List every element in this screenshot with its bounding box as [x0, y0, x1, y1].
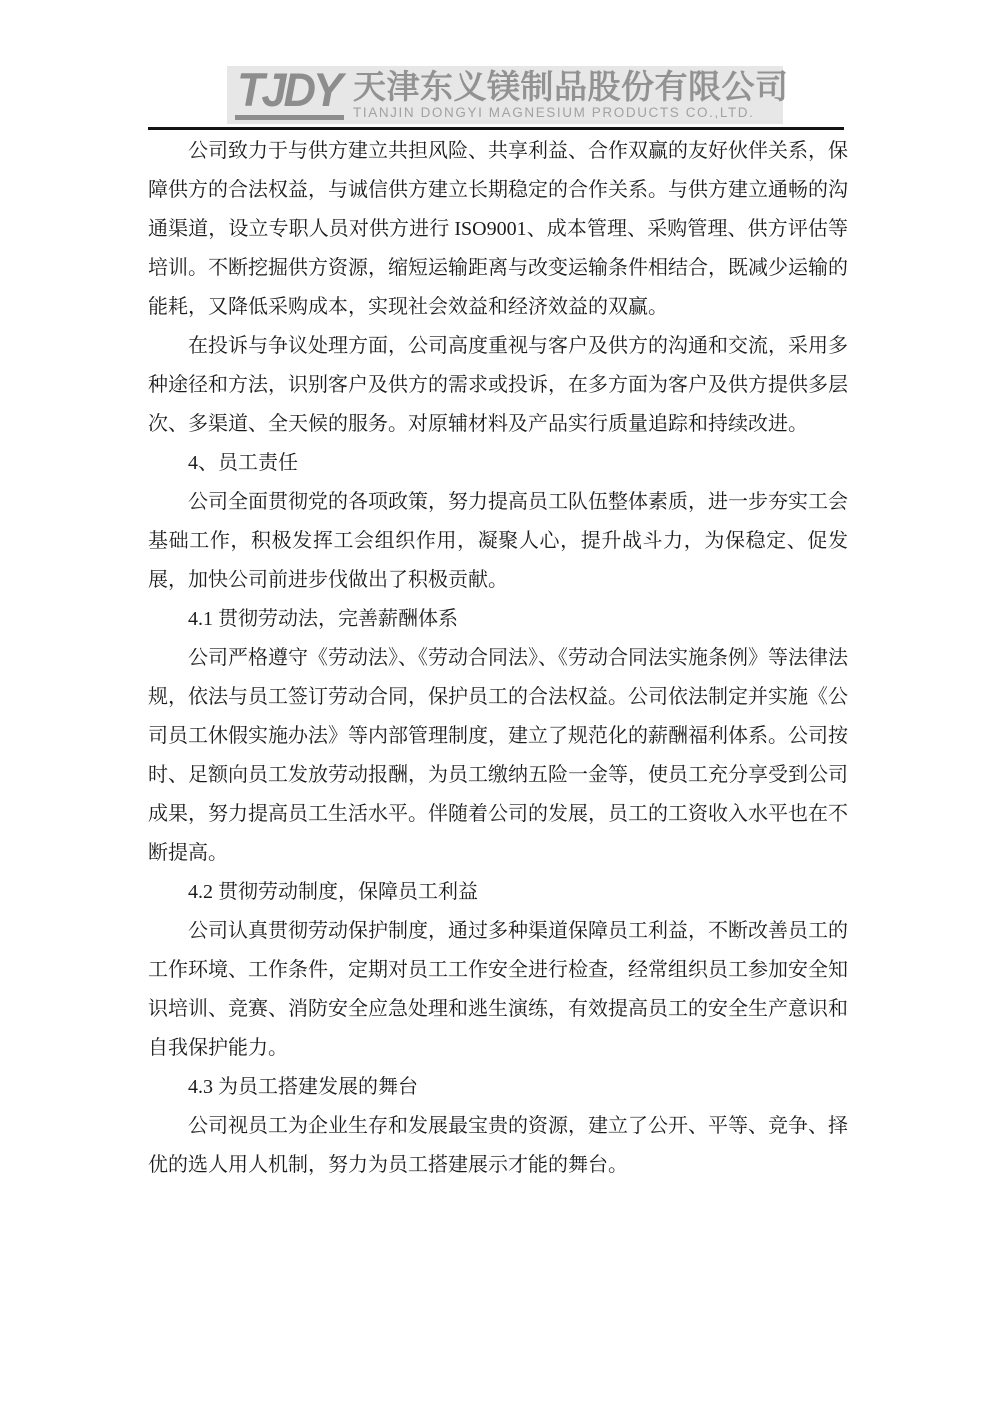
paragraph: 公司视员工为企业生存和发展最宝贵的资源，建立了公开、平等、竞争、择优的选人用人机…	[148, 1107, 848, 1185]
paragraph: 公司认真贯彻劳动保护制度，通过多种渠道保障员工利益，不断改善员工的工作环境、工作…	[148, 912, 848, 1068]
tjdy-logo-icon: TJDY	[235, 70, 344, 120]
company-name-en: TIANJIN DONGYI MAGNESIUM PRODUCTS CO.,LT…	[353, 105, 783, 121]
header-divider	[148, 127, 844, 130]
company-name-block: 天津东义镁制品股份有限公司 TIANJIN DONGYI MAGNESIUM P…	[353, 69, 783, 121]
company-logo: TJDY 天津东义镁制品股份有限公司 TIANJIN DONGYI MAGNES…	[227, 66, 783, 124]
paragraph: 4、员工责任	[148, 444, 848, 483]
paragraph: 4.2 贯彻劳动制度，保障员工利益	[148, 873, 848, 912]
paragraph: 公司全面贯彻党的各项政策，努力提高员工队伍整体素质，进一步夯实工会基础工作，积极…	[148, 483, 848, 600]
document-page: TJDY 天津东义镁制品股份有限公司 TIANJIN DONGYI MAGNES…	[0, 0, 993, 1404]
paragraph: 公司严格遵守《劳动法》、《劳动合同法》、《劳动合同法实施条例》等法律法规，依法与…	[148, 639, 848, 873]
logo-mark-text: TJDY	[237, 69, 340, 111]
company-name-zh: 天津东义镁制品股份有限公司	[353, 69, 783, 105]
paragraph: 4.1 贯彻劳动法，完善薪酬体系	[148, 600, 848, 639]
paragraph: 在投诉与争议处理方面，公司高度重视与客户及供方的沟通和交流，采用多种途径和方法，…	[148, 327, 848, 444]
paragraph: 公司致力于与供方建立共担风险、共享利益、合作双赢的友好伙伴关系，保障供方的合法权…	[148, 132, 848, 327]
paragraph: 4.3 为员工搭建发展的舞台	[148, 1068, 848, 1107]
document-body: 公司致力于与供方建立共担风险、共享利益、合作双赢的友好伙伴关系，保障供方的合法权…	[148, 132, 848, 1185]
